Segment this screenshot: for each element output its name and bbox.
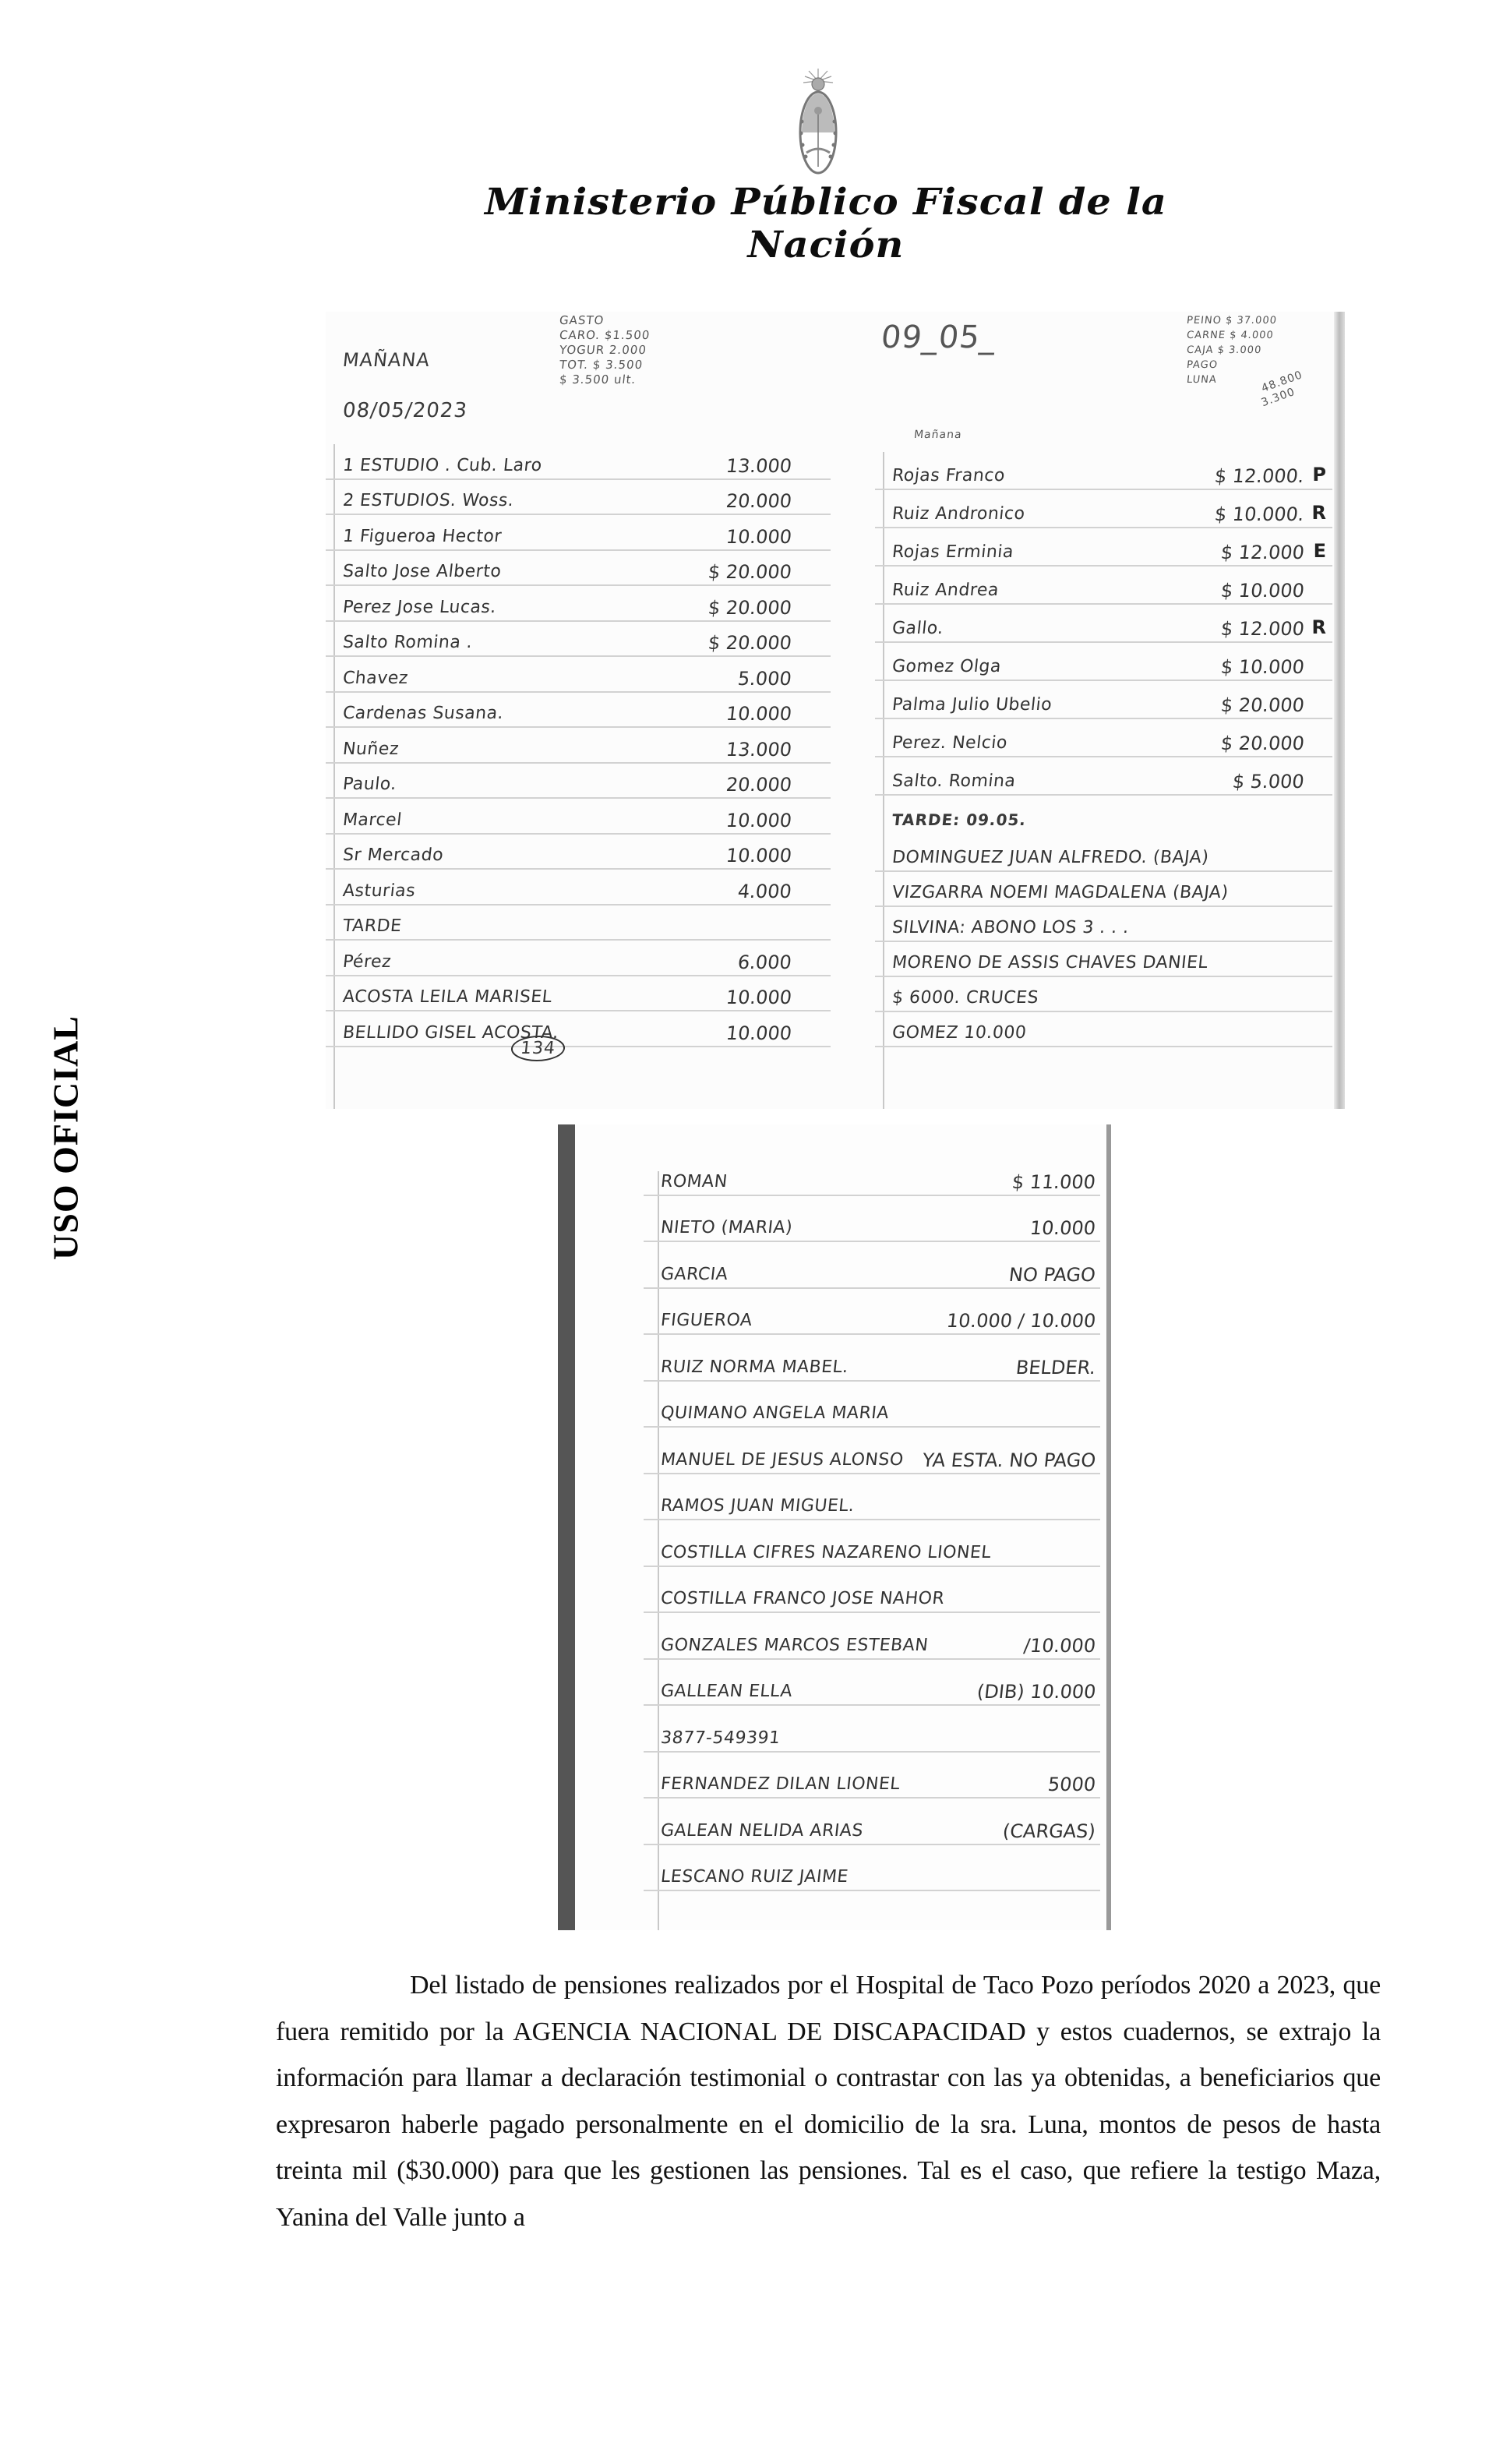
- entry-amount: 5000: [1046, 1774, 1096, 1795]
- entry-name: ACOSTA LEILA MARISEL: [342, 987, 553, 1007]
- entry-amount: $ 10.000: [1220, 580, 1306, 602]
- list-item: Sr Mercado10.000: [326, 833, 831, 870]
- entry-amount: 10.000: [725, 703, 793, 725]
- list-item: Ruiz Andrea$ 10.000: [875, 565, 1332, 605]
- note-line: LUNA: [1186, 374, 1217, 386]
- list-item: Perez Jose Lucas.$ 20.000: [326, 584, 831, 622]
- list-item: $ 6000. CRUCES: [875, 976, 1332, 1012]
- entry-name: GALEAN NELIDA ARIAS: [660, 1821, 864, 1841]
- entry-amount: 5.000: [737, 668, 793, 690]
- entry-name: RAMOS JUAN MIGUEL.: [660, 1496, 856, 1516]
- list-item: GARCIANO PAGO: [644, 1241, 1100, 1289]
- entry-mark: R: [1312, 616, 1326, 638]
- entry-name: COSTILLA CIFRES NAZARENO LIONEL: [660, 1543, 993, 1562]
- entry-name: Perez. Nelcio: [891, 733, 1009, 753]
- entry-amount: 13.000: [725, 455, 793, 477]
- entry-name: Gomez Olga: [891, 657, 1003, 676]
- note-line: PEINO $ 37.000: [1186, 315, 1277, 327]
- note-line: PAGO: [1186, 359, 1219, 371]
- note-line: $ 3.500 ult.: [559, 372, 637, 387]
- entry-mark: E: [1314, 540, 1326, 562]
- entry-amount: $ 5.000: [1232, 771, 1306, 793]
- entry-mark: R: [1312, 502, 1326, 524]
- entry-name: LESCANO RUIZ JAIME: [660, 1867, 849, 1887]
- entry-amount: $ 10.000: [1220, 656, 1306, 678]
- list-item: RUIZ NORMA MABEL.BELDER.: [644, 1333, 1100, 1382]
- list-item: Gallo.$ 12.000R: [875, 603, 1332, 643]
- entry-name: Sr Mercado: [342, 845, 445, 865]
- circled-page-mark: 134: [510, 1036, 566, 1061]
- entry-name: FIGUEROA: [660, 1311, 753, 1330]
- note-line: CARNE $ 4.000: [1186, 330, 1274, 341]
- uso-oficial-watermark: USO OFICIAL: [45, 1015, 86, 1260]
- list-item: Salto Romina .$ 20.000: [326, 620, 831, 658]
- notebook-scan-list: ROMAN$ 11.000NIETO (MARIA)10.000GARCIANO…: [558, 1124, 1111, 1930]
- list-item: Pérez6.000: [326, 939, 831, 976]
- entry-name: Marcel: [342, 810, 403, 830]
- entry-name: NIETO (MARIA): [660, 1218, 794, 1237]
- entry-name: SILVINA: ABONO LOS 3 . . .: [891, 918, 1131, 937]
- entry-amount: $ 20.000: [707, 561, 793, 583]
- list-item: COSTILLA FRANCO JOSE NAHOR: [644, 1566, 1100, 1614]
- entry-amount: YA ESTA. NO PAGO: [921, 1449, 1096, 1471]
- list-item: SILVINA: ABONO LOS 3 . . .: [875, 905, 1332, 942]
- list-item: Salto Jose Alberto$ 20.000: [326, 549, 831, 587]
- list-item: Gomez Olga$ 10.000: [875, 641, 1332, 681]
- list-item: 1 Figueroa Hector10.000: [326, 514, 831, 551]
- entry-name: TARDE: [342, 916, 403, 936]
- entry-name: MANUEL DE JESUS ALONSO: [660, 1450, 905, 1470]
- entry-name: Paulo.: [342, 775, 398, 794]
- entry-amount: BELDER.: [1014, 1357, 1096, 1378]
- notebook-scan-may-8-9: MAÑANA 08/05/2023 GASTOCARO. $1.500YOGUR…: [326, 312, 1345, 1109]
- note-line: YOGUR 2.000: [559, 343, 647, 357]
- entry-name: 2 ESTUDIOS. Woss.: [342, 491, 515, 510]
- list-item: Cardenas Susana.10.000: [326, 691, 831, 729]
- list-item: Ruiz Andronico$ 10.000.R: [875, 489, 1332, 528]
- entry-name: 1 ESTUDIO . Cub. Laro: [342, 456, 543, 475]
- list-item: VIZGARRA NOEMI MAGDALENA (BAJA): [875, 870, 1332, 907]
- list-item: Marcel10.000: [326, 797, 831, 835]
- entry-name: GONZALES MARCOS ESTEBAN: [660, 1636, 930, 1655]
- list-item: NIETO (MARIA)10.000: [644, 1195, 1100, 1243]
- entry-amount: $ 20.000: [707, 632, 793, 654]
- entry-amount: 10.000: [725, 845, 793, 867]
- entry-name: Cardenas Susana.: [342, 704, 505, 723]
- note-line: GASTO: [559, 313, 605, 327]
- coat-of-arms-icon: [797, 67, 839, 182]
- entry-amount: (CARGAS): [1002, 1820, 1097, 1842]
- list-item: MORENO DE ASSIS CHAVES DANIEL: [875, 941, 1332, 977]
- entry-amount: 10.000: [1029, 1217, 1097, 1239]
- entry-amount: $ 12.000.: [1214, 465, 1305, 487]
- entry-name: 1 Figueroa Hector: [342, 527, 503, 546]
- list-item: RAMOS JUAN MIGUEL.: [644, 1473, 1100, 1521]
- entry-name: MORENO DE ASSIS CHAVES DANIEL: [891, 953, 1209, 973]
- entry-name: Asturias: [342, 881, 417, 901]
- list-item: GALLEAN ELLA(DIB) 10.000: [644, 1658, 1100, 1707]
- entry-amount: 13.000: [725, 739, 793, 761]
- entry-amount: NO PAGO: [1008, 1264, 1097, 1286]
- list-item: GOMEZ 10.000: [875, 1011, 1332, 1047]
- ministry-title: Ministerio Público Fiscal de la Nación: [433, 181, 1219, 267]
- page-date: 08/05/2023: [341, 399, 468, 422]
- list-item: Salto. Romina$ 5.000: [875, 756, 1332, 796]
- scan-edge: [558, 1124, 575, 1930]
- list-item: GONZALES MARCOS ESTEBAN/10.000: [644, 1611, 1100, 1660]
- entry-name: Salto. Romina: [891, 771, 1017, 791]
- entry-name: 3877-549391: [660, 1728, 782, 1748]
- entry-amount: $ 20.000: [1220, 694, 1306, 716]
- list-item: TARDE: [326, 904, 831, 941]
- entry-amount: 10.000 / 10.000: [945, 1310, 1096, 1332]
- section-heading: TARDE: 09.05.: [891, 810, 1028, 829]
- entry-name: ROMAN: [660, 1172, 729, 1191]
- entry-name: VIZGARRA NOEMI MAGDALENA (BAJA): [891, 883, 1230, 902]
- list-item: GALEAN NELIDA ARIAS(CARGAS): [644, 1797, 1100, 1845]
- entry-name: RUIZ NORMA MABEL.: [660, 1357, 849, 1377]
- entry-amount: $ 20.000: [1220, 732, 1306, 754]
- list-item: FERNANDEZ DILAN LIONEL5000: [644, 1751, 1100, 1799]
- entry-amount: 20.000: [725, 490, 793, 512]
- list-item: DOMINGUEZ JUAN ALFREDO. (BAJA): [875, 835, 1332, 872]
- entry-amount: $ 12.000: [1220, 618, 1306, 640]
- entry-amount: 10.000: [725, 526, 793, 548]
- entry-name: Gallo.: [891, 619, 944, 638]
- entry-name: Rojas Franco: [891, 466, 1007, 485]
- entry-name: Ruiz Andronico: [891, 504, 1026, 524]
- entry-name: GARCIA: [660, 1265, 729, 1284]
- entry-amount: 4.000: [737, 881, 793, 902]
- entry-name: GOMEZ 10.000: [891, 1023, 1028, 1043]
- entry-amount: 20.000: [725, 774, 793, 796]
- entry-name: Salto Jose Alberto: [342, 562, 503, 581]
- entry-name: Rojas Erminia: [891, 542, 1015, 562]
- entry-name: Nuñez: [342, 740, 400, 759]
- list-item: Chavez5.000: [326, 655, 831, 693]
- entry-amount: $ 20.000: [707, 597, 793, 619]
- list-item: LESCANO RUIZ JAIME: [644, 1844, 1100, 1892]
- entry-name: QUIMANO ANGELA MARIA: [660, 1403, 890, 1423]
- list-item: COSTILLA CIFRES NAZARENO LIONEL: [644, 1519, 1100, 1567]
- entry-name: GALLEAN ELLA: [660, 1682, 794, 1701]
- list-item: 3877-549391: [644, 1704, 1100, 1753]
- entry-amount: 10.000: [725, 987, 793, 1008]
- list-item: Nuñez13.000: [326, 726, 831, 764]
- entry-name: DOMINGUEZ JUAN ALFREDO. (BAJA): [891, 848, 1210, 867]
- entry-amount: $ 12.000: [1220, 542, 1306, 563]
- entry-name: Chavez: [342, 669, 410, 688]
- page-subheading: Mañana: [913, 429, 962, 441]
- list-item: FIGUEROA10.000 / 10.000: [644, 1287, 1100, 1336]
- entry-name: Salto Romina .: [342, 633, 474, 652]
- list-item: 2 ESTUDIOS. Woss.20.000: [326, 478, 831, 516]
- notebook-page-09-05: 09_05_ Mañana PEINO $ 37.000CARNE $ 4.00…: [844, 312, 1345, 1109]
- entry-name: FERNANDEZ DILAN LIONEL: [660, 1774, 901, 1794]
- list-item: Paulo.20.000: [326, 762, 831, 800]
- entry-name: Perez Jose Lucas.: [342, 598, 498, 617]
- note-line: TOT. $ 3.500: [559, 358, 644, 372]
- list-item: Rojas Erminia$ 12.000E: [875, 527, 1332, 567]
- note-line: CAJA $ 3.000: [1186, 344, 1262, 356]
- entry-name: Ruiz Andrea: [891, 581, 1000, 600]
- list-item: Palma Julio Ubelio$ 20.000: [875, 680, 1332, 719]
- entry-amount: 6.000: [737, 951, 793, 973]
- notebook-page-08-05: MAÑANA 08/05/2023 GASTOCARO. $1.500YOGUR…: [326, 312, 840, 1109]
- list-item: QUIMANO ANGELA MARIA: [644, 1380, 1100, 1428]
- note-line: CARO. $1.500: [559, 328, 651, 342]
- entry-amount: $ 10.000.: [1214, 503, 1305, 525]
- page-heading: 09_05_: [880, 319, 999, 355]
- body-paragraph: Del listado de pensiones realizados por …: [276, 1962, 1381, 2240]
- list-item: ACOSTA LEILA MARISEL10.000: [326, 975, 831, 1012]
- scan-edge: [1106, 1124, 1111, 1930]
- entry-amount: /10.000: [1022, 1635, 1096, 1657]
- list-item: 1 ESTUDIO . Cub. Laro13.000: [326, 443, 831, 480]
- entry-mark: P: [1312, 464, 1326, 485]
- list-item: ROMAN$ 11.000: [644, 1148, 1100, 1196]
- list-item: Rojas Franco$ 12.000.P: [875, 450, 1332, 490]
- entry-name: Palma Julio Ubelio: [891, 695, 1053, 715]
- list-item: BELLIDO GISEL ACOSTA.10.000: [326, 1010, 831, 1047]
- list-item: MANUEL DE JESUS ALONSOYA ESTA. NO PAGO: [644, 1426, 1100, 1474]
- list-item: Asturias4.000: [326, 868, 831, 905]
- entry-name: Pérez: [342, 952, 393, 972]
- entry-amount: 10.000: [725, 1022, 793, 1044]
- entry-amount: $ 11.000: [1011, 1171, 1097, 1193]
- list-item: Perez. Nelcio$ 20.000: [875, 718, 1332, 757]
- entry-amount: (DIB) 10.000: [976, 1681, 1096, 1703]
- entry-amount: 10.000: [725, 810, 793, 831]
- entry-name: $ 6000. CRUCES: [891, 988, 1040, 1008]
- entry-name: COSTILLA FRANCO JOSE NAHOR: [660, 1589, 946, 1608]
- notebook-spine: [1334, 312, 1345, 1109]
- page-heading: MAÑANA: [342, 349, 432, 371]
